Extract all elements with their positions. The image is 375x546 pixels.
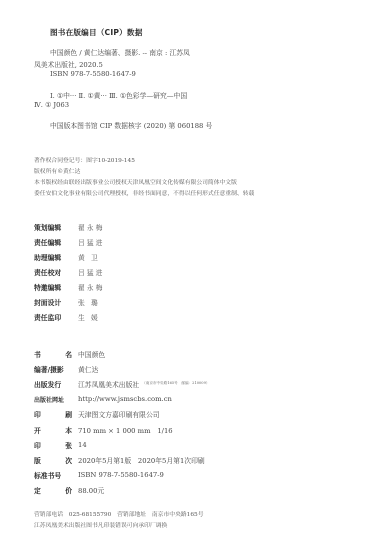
staff-value: 吕猛进 <box>78 237 104 247</box>
spec-row-sheets: 印张 14 <box>34 437 209 452</box>
spec-label-part: 次 <box>65 455 72 465</box>
spec-value: ISBN 978-7-5580-1647-9 <box>78 471 164 479</box>
staff-row: 责任监印 生 媛 <box>34 309 104 324</box>
staff-value: 张 璐 <box>78 297 100 307</box>
spec-value: 710 mm × 1 000 mm 1/16 <box>78 425 173 435</box>
spec-row-publisher: 出版发行 江苏凤凰美术出版社 （南京市中央路165号 邮编：210009） <box>34 376 209 391</box>
spec-label: 出版社网址 <box>34 395 72 404</box>
publisher-address: （南京市中央路165号 邮编：210009） <box>142 381 209 386</box>
staff-row: 责任编辑 吕猛进 <box>34 234 104 249</box>
spec-value: 黄仁达 <box>78 364 98 374</box>
spec-value: 江苏凤凰美术出版社 <box>78 379 139 389</box>
staff-label: 助理编辑 <box>34 252 74 262</box>
spec-row-edition: 版次 2020年5月第1版 2020年5月第1次印刷 <box>34 452 209 467</box>
spec-row-title: 书名 中国颜色 <box>34 346 209 361</box>
spec-row-website: 出版社网址 http://www.jsmscbs.com.cn <box>34 392 209 407</box>
staff-row: 助理编辑 黄 卫 <box>34 249 104 264</box>
spec-label-part: 本 <box>65 425 72 435</box>
spec-row-printer: 印刷 天津图文方嘉印刷有限公司 <box>34 407 209 422</box>
staff-list: 策划编辑 翟永梅 责任编辑 吕猛进 助理编辑 黄 卫 责任校对 吕猛进 特邀编辑… <box>34 219 104 324</box>
cip-line: ISBN 978-7-5580-1647-9 <box>50 70 136 78</box>
staff-label: 策划编辑 <box>34 222 74 232</box>
spec-label-part: 开 <box>34 425 41 435</box>
spec-label: 印张 <box>34 440 72 450</box>
copyright-line: 委任安伯文化事业有限公司代理授权，非经书面同意，不得以任何形式任意重制、转载 <box>34 188 254 197</box>
spec-value: 2020年5月第1版 2020年5月第1次印刷 <box>78 455 205 465</box>
copyright-line: 本书版权经由联经出版事业公司授权天津凤凰空间文化传媒有限公司简体中文版 <box>34 177 237 186</box>
spec-row-format: 开本 710 mm × 1 000 mm 1/16 <box>34 422 209 437</box>
spec-label: 印刷 <box>34 409 72 419</box>
staff-label: 责任编辑 <box>34 237 74 247</box>
cip-number: 中国版本图书馆 CIP 数据核字 (2020) 第 060188 号 <box>50 120 212 130</box>
spec-label-part: 刷 <box>65 409 72 419</box>
staff-row: 策划编辑 翟永梅 <box>34 219 104 234</box>
spec-label-part: 名 <box>65 349 72 359</box>
staff-value: 吕猛进 <box>78 267 104 277</box>
spec-row-price: 定价 88.00元 <box>34 483 209 498</box>
spec-label-part: 标准书号 <box>34 470 61 480</box>
spec-label: 出版发行 <box>34 379 72 389</box>
staff-value: 生 媛 <box>78 312 100 322</box>
spec-label: 书名 <box>34 349 72 359</box>
copyright-line: 著作权合同登记号：图字10-2019-145 <box>34 155 135 164</box>
spec-value: 中国颜色 <box>78 349 105 359</box>
spec-label: 编著/摄影 <box>34 364 72 374</box>
spec-row-isbn: 标准书号 ISBN 978-7-5580-1647-9 <box>34 468 209 483</box>
staff-label: 封面设计 <box>34 297 74 307</box>
spec-label-part: 编著/摄影 <box>34 364 64 374</box>
spec-row-author: 编著/摄影 黄仁达 <box>34 361 209 376</box>
copyright-line: 版权所有©黄仁达 <box>34 166 80 175</box>
staff-value: 翟永梅 <box>78 222 104 232</box>
spec-label-part: 书 <box>34 349 41 359</box>
footer-line: 江苏凤凰美术出版社图书凡印装错误可向承印厂调换 <box>34 520 167 529</box>
spec-label-part: 出版社网址 <box>34 395 64 404</box>
spec-label: 版次 <box>34 455 72 465</box>
cip-line: Ⅳ. ① J063 <box>34 101 69 109</box>
cip-line: Ⅰ. ①中··· Ⅱ. ①黄··· Ⅲ. ①色彩学—研究—中国 <box>50 90 187 100</box>
spec-label-part: 版 <box>34 455 41 465</box>
staff-row: 责任校对 吕猛进 <box>34 264 104 279</box>
spec-label: 开本 <box>34 425 72 435</box>
cip-line: 凤美术出版社, 2020.5 <box>34 59 103 69</box>
spec-value: 14 <box>78 441 87 449</box>
publisher-website-link[interactable]: http://www.jsmscbs.com.cn <box>78 395 172 403</box>
spec-label-part: 价 <box>65 485 72 495</box>
spec-value: 天津图文方嘉印刷有限公司 <box>78 409 160 419</box>
spec-value: 88.00元 <box>78 485 104 495</box>
spec-label-part: 出版发行 <box>34 379 61 389</box>
footer-line: 营销部电话 025-68155790 营销部地址 南京市中央路165号 <box>34 509 204 518</box>
staff-label: 责任监印 <box>34 312 74 322</box>
cip-line: 中国颜色 / 黄仁达编著、摄影. -- 南京 : 江苏凤 <box>50 47 190 57</box>
cip-title: 图书在版编目（CIP）数据 <box>50 27 143 38</box>
spec-label: 标准书号 <box>34 470 72 480</box>
staff-row: 封面设计 张 璐 <box>34 294 104 309</box>
spec-label-part: 定 <box>34 485 41 495</box>
spec-label: 定价 <box>34 485 72 495</box>
staff-value: 黄 卫 <box>78 252 100 262</box>
spec-label-part: 印 <box>34 409 41 419</box>
staff-row: 特邀编辑 翟永梅 <box>34 279 104 294</box>
staff-label: 特邀编辑 <box>34 282 74 292</box>
staff-value: 翟永梅 <box>78 282 104 292</box>
spec-list: 书名 中国颜色 编著/摄影 黄仁达 出版发行 江苏凤凰美术出版社 （南京市中央路… <box>34 346 209 498</box>
staff-label: 责任校对 <box>34 267 74 277</box>
spec-label-part: 张 <box>65 440 72 450</box>
spec-label-part: 印 <box>34 440 41 450</box>
